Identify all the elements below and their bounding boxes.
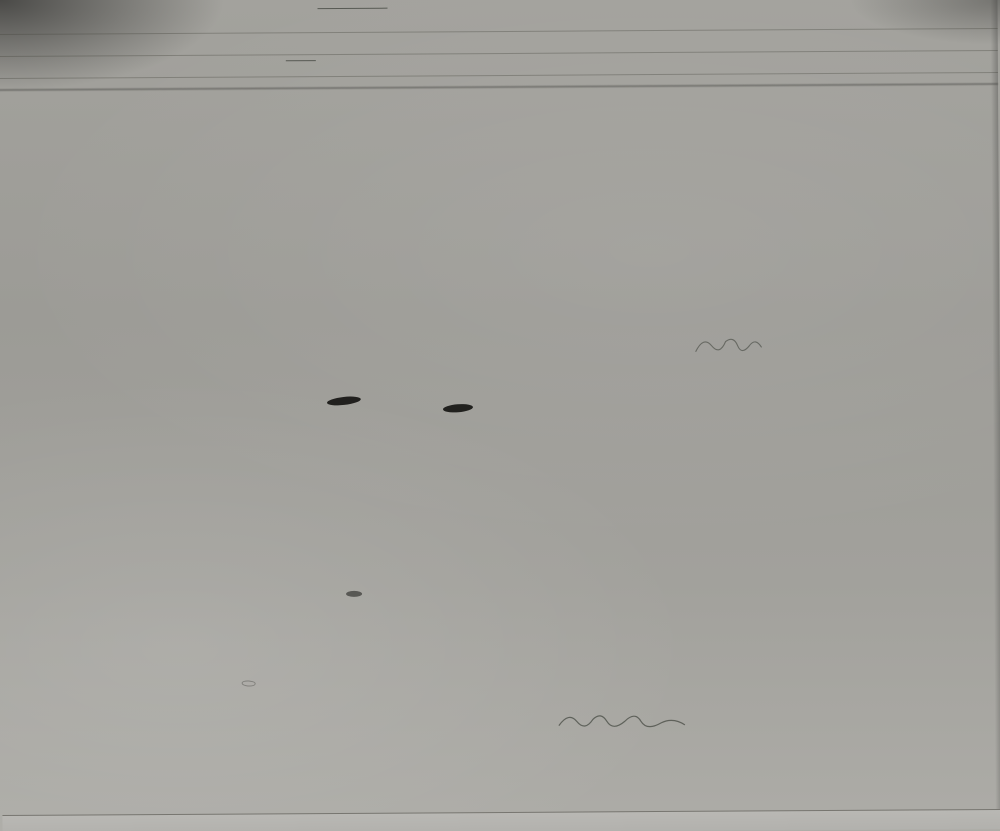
- casualty-table: [0, 0, 1000, 831]
- document-sheet: [0, 0, 1000, 831]
- signature-scribble: [694, 333, 764, 359]
- signature-scribble: [557, 711, 687, 734]
- ink-blot: [346, 591, 362, 597]
- scanned-document: [0, 0, 1000, 831]
